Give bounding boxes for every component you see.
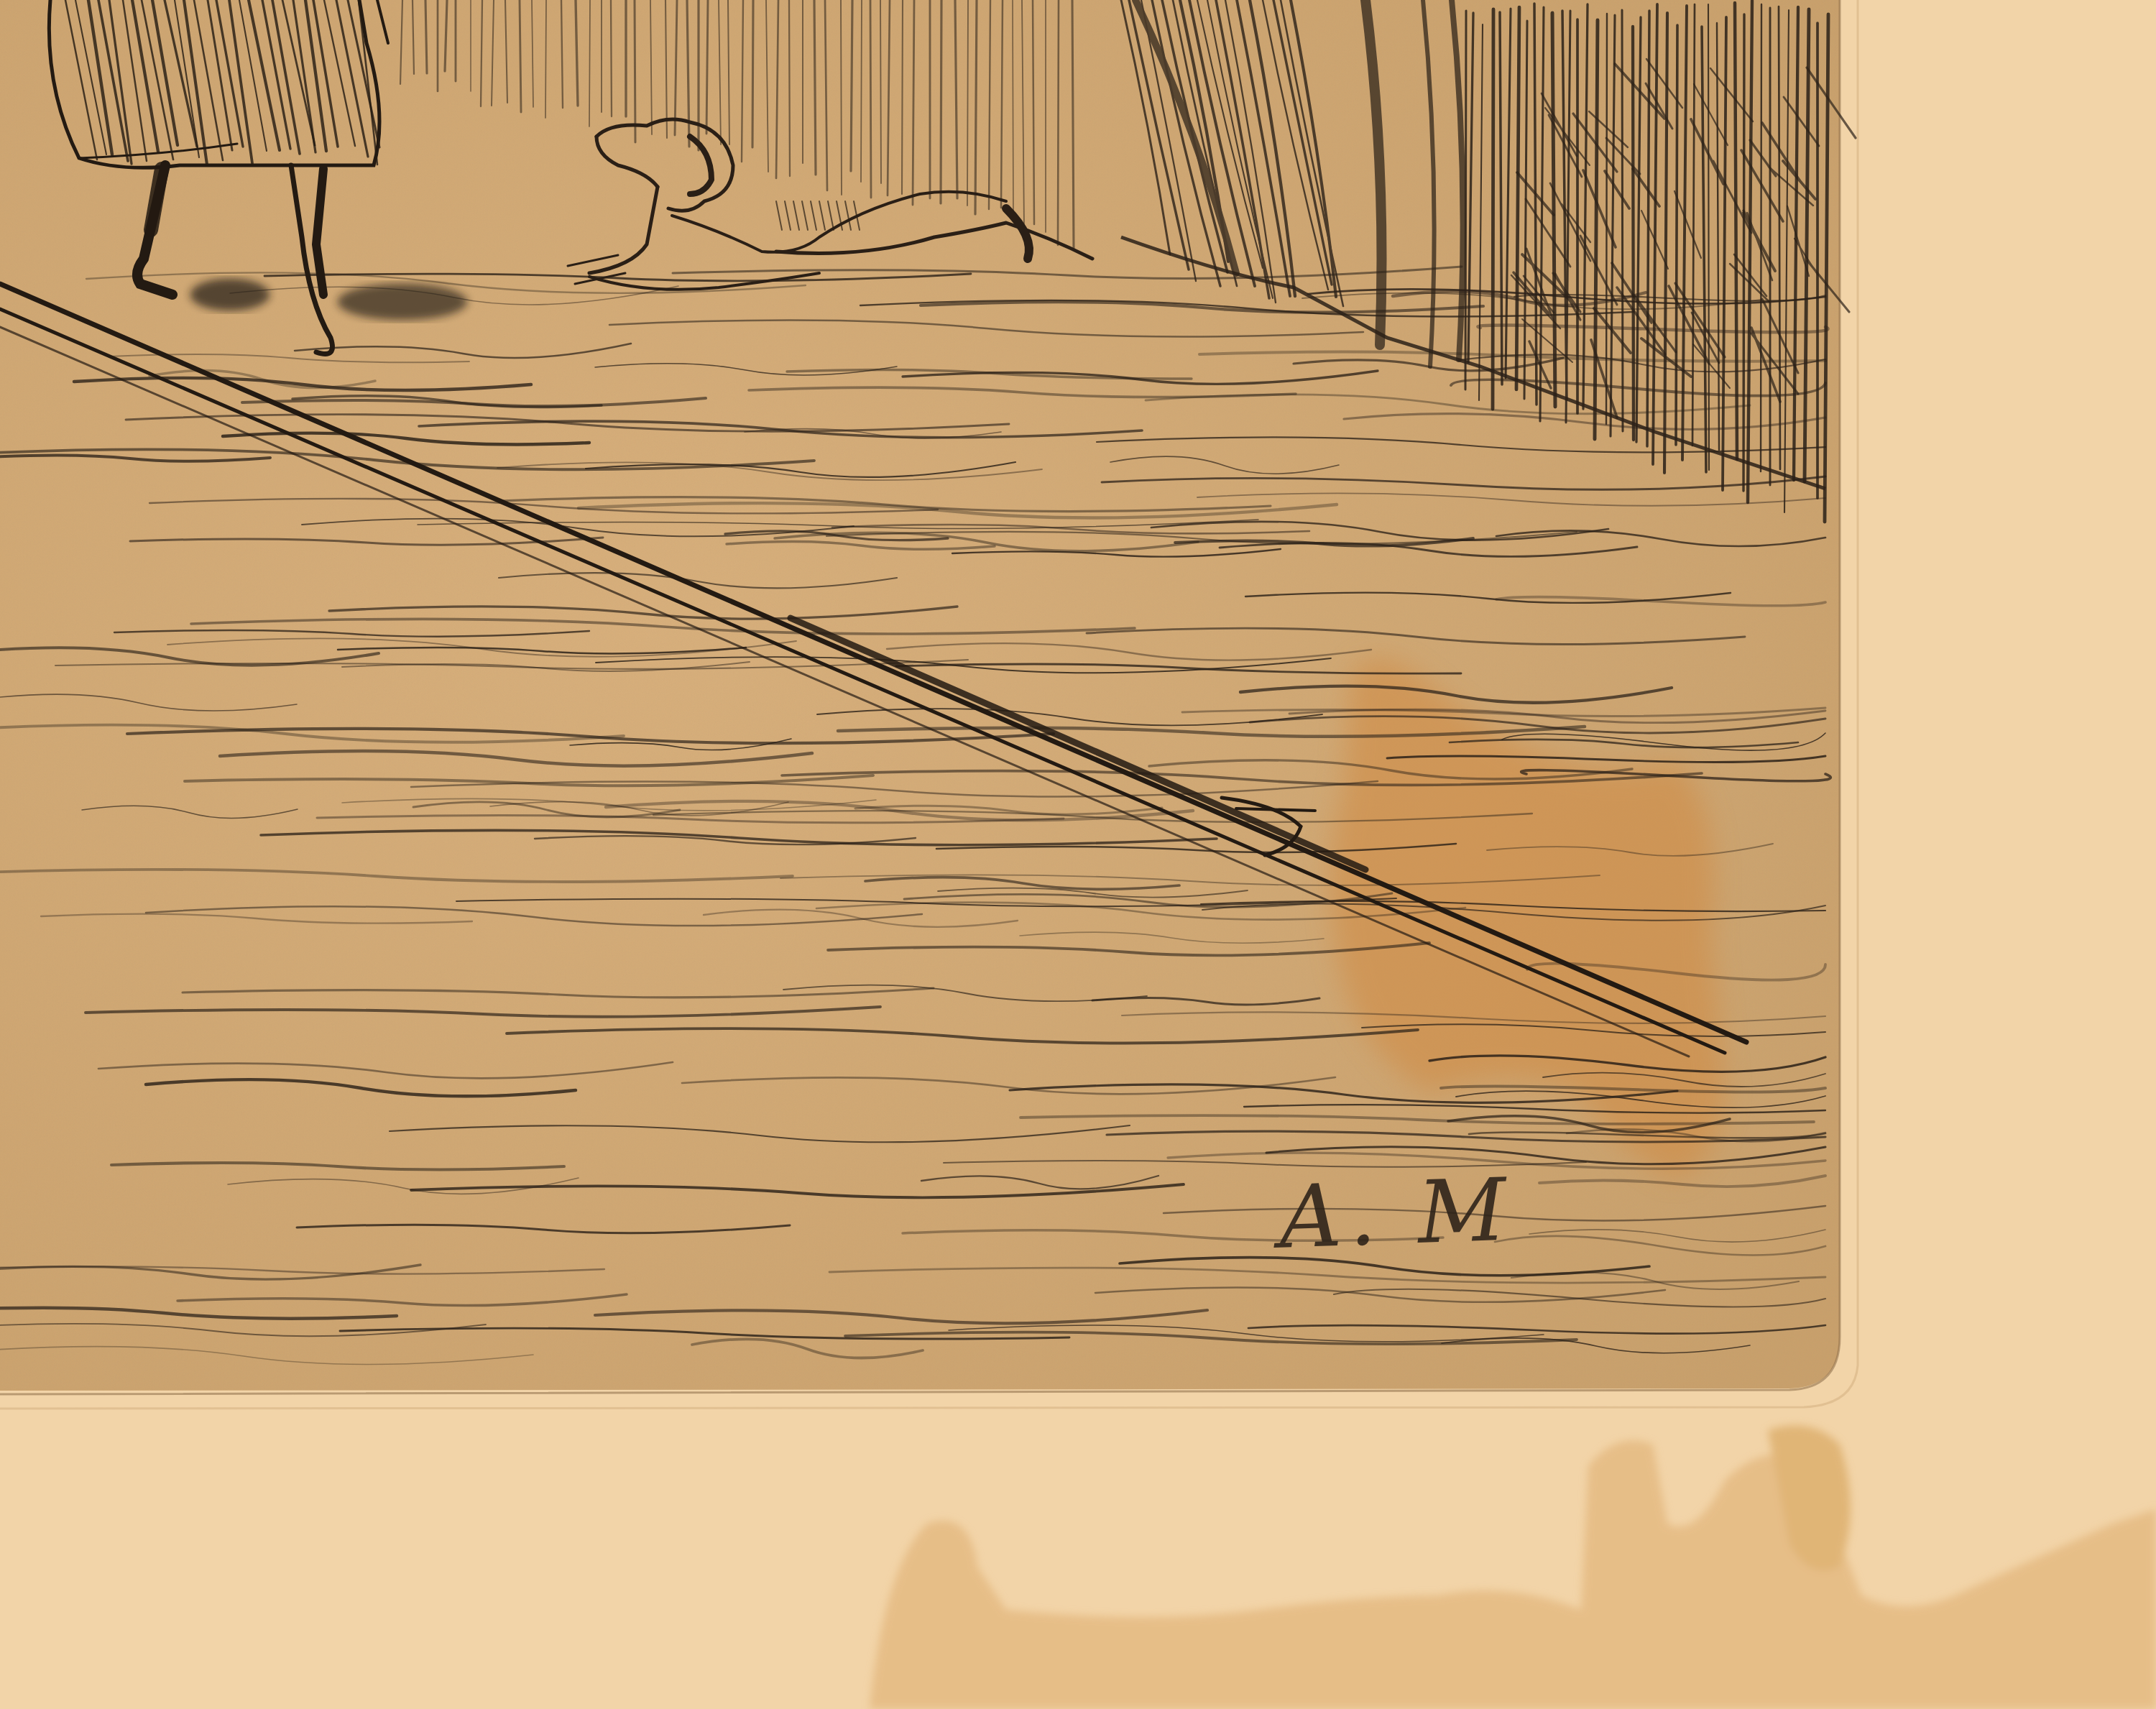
artist-monogram: A. M xyxy=(1278,1160,1515,1268)
etching-artwork xyxy=(0,0,2156,1709)
etching-photo: A. M xyxy=(0,0,2156,1709)
